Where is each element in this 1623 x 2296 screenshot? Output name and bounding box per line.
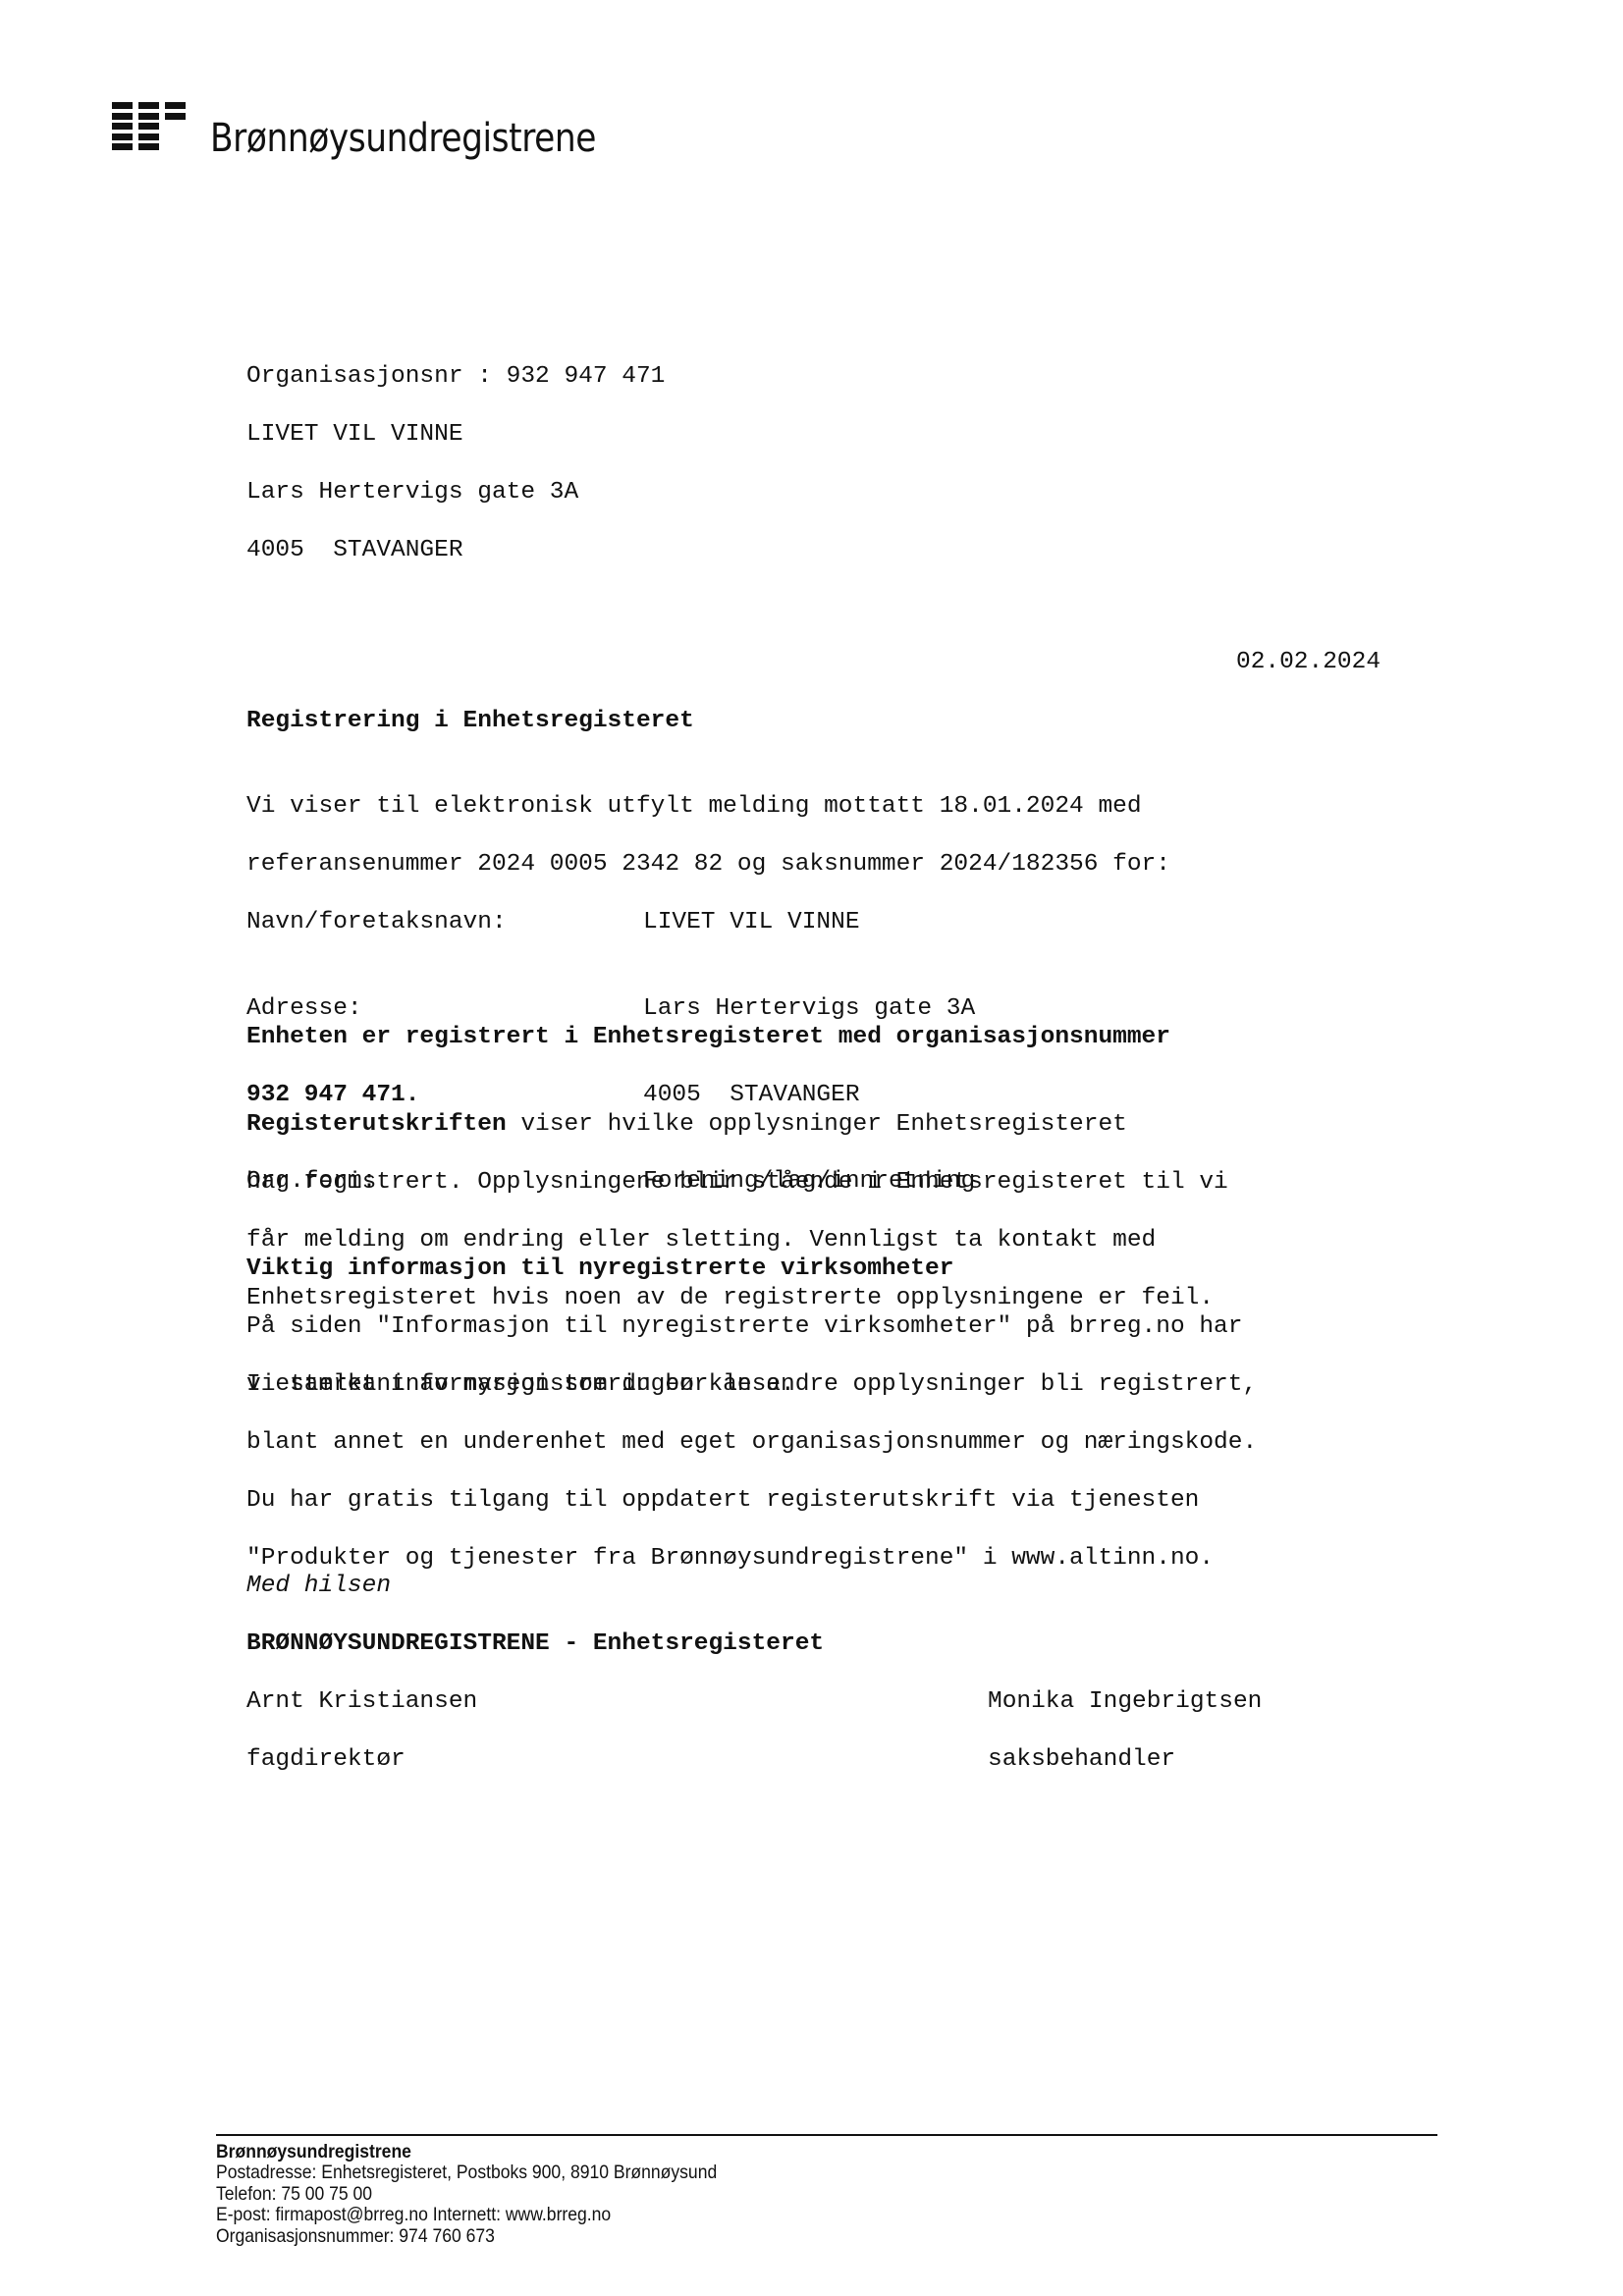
signatory-title: saksbehandler	[988, 1745, 1262, 1774]
signatory-name: Monika Ingebrigtsen	[988, 1687, 1262, 1716]
detail-value: LIVET VIL VINNE	[643, 908, 860, 936]
footer-contact: E-post: firmapost@brreg.no Internett: ww…	[216, 2205, 717, 2225]
signatory-right: Monika Ingebrigtsen saksbehandler	[988, 1659, 1262, 1803]
important-line: På siden "Informasjon til nyregistrerte …	[246, 1312, 1242, 1341]
footer-web-label: Internett:	[428, 2204, 506, 2225]
registry-grid-logo-icon	[112, 102, 190, 163]
detail-row-name: Navn/foretaksnavn:LIVET VIL VINNE	[246, 908, 975, 936]
footer-email-link[interactable]: firmapost@brreg.no	[275, 2204, 427, 2225]
after-line: I etterkant av nyregistreringen kan andr…	[246, 1370, 1257, 1399]
intro-line: Vi viser til elektronisk utfylt melding …	[246, 792, 1170, 821]
letter-subject: Registrering i Enhetsregisteret	[246, 707, 694, 735]
signatory-left: Arnt Kristiansen fagdirektør	[246, 1659, 477, 1803]
closing-greeting: Med hilsen	[246, 1572, 824, 1600]
footer: Brønnøysundregistrene Postadresse: Enhet…	[216, 2142, 717, 2247]
registration-line: Enheten er registrert i Enhetsregisteret…	[246, 1023, 1170, 1051]
printout-line: har registrert. Opplysningene blir ståen…	[246, 1168, 1228, 1197]
footer-email-label: E-post:	[216, 2204, 275, 2225]
footer-phone: Telefon: 75 00 75 00	[216, 2184, 717, 2205]
signatory-title: fagdirektør	[246, 1745, 477, 1774]
signatory-name: Arnt Kristiansen	[246, 1687, 477, 1716]
printout-line: viser hvilke opplysninger Enhetsregister…	[507, 1111, 1127, 1138]
after-line: blant annet en underenhet med eget organ…	[246, 1428, 1257, 1457]
letter-date: 02.02.2024	[1236, 648, 1380, 676]
footer-title: Brønnøysundregistrene	[216, 2142, 717, 2163]
detail-label: Navn/foretaksnavn:	[246, 908, 643, 936]
recipient-postal: 4005 STAVANGER	[246, 536, 665, 564]
closing-sender: BRØNNØYSUNDREGISTRENE - Enhetsregisteret	[246, 1629, 824, 1658]
recipient-name: LIVET VIL VINNE	[246, 420, 665, 449]
footer-postal: Postadresse: Enhetsregisteret, Postboks …	[216, 2163, 717, 2183]
printout-bold-term: Registerutskriften	[246, 1111, 507, 1138]
footer-web-link[interactable]: www.brreg.no	[506, 2204, 611, 2225]
important-heading: Viktig informasjon til nyregistrerte vir…	[246, 1255, 1242, 1283]
recipient-address: Organisasjonsnr : 932 947 471 LIVET VIL …	[246, 334, 665, 594]
logo-text: Brønnøysundregistrene	[210, 116, 596, 161]
footer-divider	[216, 2134, 1437, 2136]
after-line: Du har gratis tilgang til oppdatert regi…	[246, 1486, 1257, 1515]
footer-orgnr: Organisasjonsnummer: 974 760 673	[216, 2226, 717, 2247]
recipient-street: Lars Hertervigs gate 3A	[246, 478, 665, 507]
recipient-orgnr: Organisasjonsnr : 932 947 471	[246, 362, 665, 391]
